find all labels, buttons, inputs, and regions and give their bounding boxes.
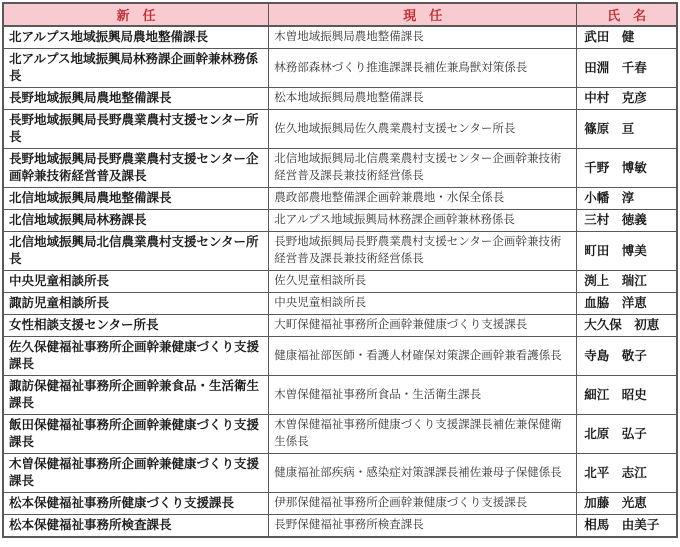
page: 新 任 現 任 氏 名 北アルプス地域振興局農地整備課長木曽地域振興局農地整備課… — [0, 0, 680, 547]
cell-current-position: 北信地域振興局北信農業農村支援センター企画幹兼技術経営普及課長兼技術経営係長 — [269, 149, 577, 188]
cell-current-position: 木曽地域振興局農地整備課長 — [269, 26, 577, 49]
table-row: 松本保健福祉事務所健康づくり支援課長伊那保健福祉事務所企画幹兼健康づくり支援課長… — [3, 493, 677, 515]
cell-current-position: 佐久児童相談所長 — [269, 271, 577, 293]
cell-current-position: 健康福祉部疾病・感染症対策課課長補佐兼母子保健係長 — [269, 454, 577, 493]
cell-current-position: 木曽保健福祉事務所食品・生活衛生課長 — [269, 376, 577, 415]
header-new-position: 新 任 — [3, 3, 269, 26]
table-row: 北信地域振興局農地整備課長農政部農地整備課企画幹兼農地・水保全係長小幡 淳 — [3, 188, 677, 210]
cell-name: 北原 弘子 — [577, 415, 677, 454]
table-row: 諏訪保健福祉事務所企画幹兼食品・生活衛生課長木曽保健福祉事務所食品・生活衛生課長… — [3, 376, 677, 415]
table-header: 新 任 現 任 氏 名 — [3, 3, 677, 26]
table-row: 北信地域振興局北信農業農村支援センター所長長野地域振興局長野農業農村支援センター… — [3, 232, 677, 271]
cell-name: 寺島 敬子 — [577, 337, 677, 376]
cell-name: 千野 博敏 — [577, 149, 677, 188]
cell-new-position: 松本保健福祉事務所健康づくり支援課長 — [3, 493, 269, 515]
table-row: 飯田保健福祉事務所企画幹兼健康づくり支援課長木曽保健福祉事務所健康づくり支援課課… — [3, 415, 677, 454]
cell-current-position: 健康福祉部医師・看護人材確保対策課企画幹兼看護係長 — [269, 337, 577, 376]
cell-new-position: 松本保健福祉事務所検査課長 — [3, 515, 269, 538]
table-row: 長野地域振興局長野農業農村支援センター企画幹兼技術経営普及課長北信地域振興局北信… — [3, 149, 677, 188]
cell-name: 北平 志江 — [577, 454, 677, 493]
table-row: 北アルプス地域振興局林務課企画幹兼林務係長林務部森林づくり推進課課長補佐兼鳥獣対… — [3, 49, 677, 88]
table-row: 北信地域振興局林務課長北アルプス地域振興局林務課企画幹兼林務係長三村 徳義 — [3, 210, 677, 232]
cell-current-position: 中央児童相談所長 — [269, 293, 577, 315]
table-row: 女性相談支援センター所長大町保健福祉事務所企画幹兼健康づくり支援課長大久保 初恵 — [3, 315, 677, 337]
cell-current-position: 林務部森林づくり推進課課長補佐兼鳥獣対策係長 — [269, 49, 577, 88]
cell-new-position: 北信地域振興局北信農業農村支援センター所長 — [3, 232, 269, 271]
header-row: 新 任 現 任 氏 名 — [3, 3, 677, 26]
table-row: 中央児童相談所長佐久児童相談所長渕上 瑞江 — [3, 271, 677, 293]
cell-name: 相馬 由美子 — [577, 515, 677, 538]
cell-new-position: 木曽保健福祉事務所企画幹兼健康づくり支援課長 — [3, 454, 269, 493]
table-row: 木曽保健福祉事務所企画幹兼健康づくり支援課長健康福祉部疾病・感染症対策課課長補佐… — [3, 454, 677, 493]
header-name: 氏 名 — [577, 3, 677, 26]
cell-name: 篠原 亘 — [577, 110, 677, 149]
cell-current-position: 伊那保健福祉事務所企画幹兼健康づくり支援課長 — [269, 493, 577, 515]
cell-current-position: 木曽保健福祉事務所健康づくり支援課課長補佐兼保健衛生係長 — [269, 415, 577, 454]
cell-new-position: 北信地域振興局林務課長 — [3, 210, 269, 232]
cell-new-position: 飯田保健福祉事務所企画幹兼健康づくり支援課長 — [3, 415, 269, 454]
cell-current-position: 農政部農地整備課企画幹兼農地・水保全係長 — [269, 188, 577, 210]
cell-current-position: 北アルプス地域振興局林務課企画幹兼林務係長 — [269, 210, 577, 232]
cell-name: 渕上 瑞江 — [577, 271, 677, 293]
table-row: 佐久保健福祉事務所企画幹兼健康づくり支援課長健康福祉部医師・看護人材確保対策課企… — [3, 337, 677, 376]
cell-new-position: 女性相談支援センター所長 — [3, 315, 269, 337]
cell-new-position: 佐久保健福祉事務所企画幹兼健康づくり支援課長 — [3, 337, 269, 376]
cell-current-position: 佐久地域振興局佐久農業農村支援センター所長 — [269, 110, 577, 149]
cell-name: 三村 徳義 — [577, 210, 677, 232]
cell-name: 加藤 光恵 — [577, 493, 677, 515]
cell-new-position: 諏訪保健福祉事務所企画幹兼食品・生活衛生課長 — [3, 376, 269, 415]
cell-current-position: 長野地域振興局長野農業農村支援センター企画幹兼技術経営普及課長兼技術経営係長 — [269, 232, 577, 271]
header-current-position: 現 任 — [269, 3, 577, 26]
cell-new-position: 北信地域振興局農地整備課長 — [3, 188, 269, 210]
cell-new-position: 長野地域振興局農地整備課長 — [3, 88, 269, 110]
cell-name: 町田 博美 — [577, 232, 677, 271]
cell-current-position: 松本地域振興局農地整備課長 — [269, 88, 577, 110]
table-row: 長野地域振興局農地整備課長松本地域振興局農地整備課長中村 克彦 — [3, 88, 677, 110]
table-row: 北アルプス地域振興局農地整備課長木曽地域振興局農地整備課長武田 健 — [3, 26, 677, 49]
cell-name: 血脇 洋恵 — [577, 293, 677, 315]
cell-new-position: 北アルプス地域振興局農地整備課長 — [3, 26, 269, 49]
cell-current-position: 長野保健福祉事務所検査課長 — [269, 515, 577, 538]
cell-name: 中村 克彦 — [577, 88, 677, 110]
table-row: 松本保健福祉事務所検査課長長野保健福祉事務所検査課長相馬 由美子 — [3, 515, 677, 538]
personnel-transfer-table: 新 任 現 任 氏 名 北アルプス地域振興局農地整備課長木曽地域振興局農地整備課… — [2, 2, 678, 538]
cell-name: 田淵 千春 — [577, 49, 677, 88]
cell-name: 武田 健 — [577, 26, 677, 49]
cell-new-position: 北アルプス地域振興局林務課企画幹兼林務係長 — [3, 49, 269, 88]
cell-new-position: 長野地域振興局長野農業農村支援センター企画幹兼技術経営普及課長 — [3, 149, 269, 188]
cell-current-position: 大町保健福祉事務所企画幹兼健康づくり支援課長 — [269, 315, 577, 337]
cell-new-position: 長野地域振興局長野農業農村支援センター所長 — [3, 110, 269, 149]
cell-name: 小幡 淳 — [577, 188, 677, 210]
cell-new-position: 中央児童相談所長 — [3, 271, 269, 293]
cell-name: 大久保 初恵 — [577, 315, 677, 337]
cell-new-position: 諏訪児童相談所長 — [3, 293, 269, 315]
table-row: 諏訪児童相談所長中央児童相談所長血脇 洋恵 — [3, 293, 677, 315]
table-row: 長野地域振興局長野農業農村支援センター所長佐久地域振興局佐久農業農村支援センター… — [3, 110, 677, 149]
table-body: 北アルプス地域振興局農地整備課長木曽地域振興局農地整備課長武田 健北アルプス地域… — [3, 26, 677, 537]
cell-name: 細江 昭史 — [577, 376, 677, 415]
